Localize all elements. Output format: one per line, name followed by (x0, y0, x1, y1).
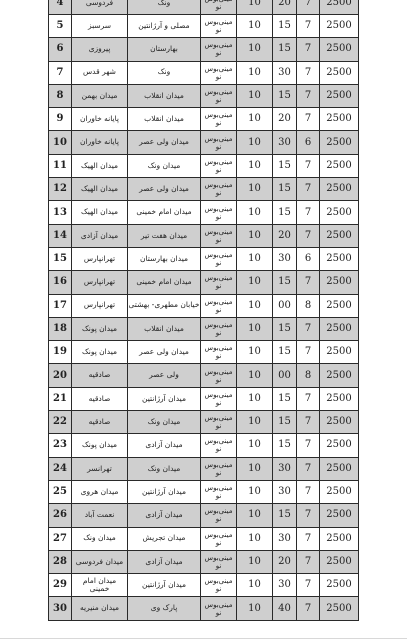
headway-cell: 15 (273, 201, 297, 224)
row-number-cell: 15 (49, 247, 72, 270)
table-row: 28میدان فردوسیمیدان آزادیمینی‌بوس نو1020… (49, 550, 359, 573)
origin-cell: میدان پونک (72, 341, 128, 364)
value-a-cell: 10 (237, 317, 273, 340)
destination-cell: میدان بهارستان (128, 247, 201, 270)
destination-cell: میدان آزادی (128, 550, 201, 573)
vehicle-type-cell: مینی‌بوس نو (201, 294, 237, 317)
origin-cell: میدان الهیک (72, 178, 128, 201)
destination-cell: میدان هفت تیر (128, 224, 201, 247)
row-number-cell: 6 (49, 38, 72, 61)
origin-cell: میدان ونک (72, 527, 128, 550)
value-a-cell: 10 (237, 84, 273, 107)
vehicle-type-cell: مینی‌بوس نو (201, 224, 237, 247)
value-c-cell: 7 (297, 224, 320, 247)
table-row: 5سرسبزمصلی و آرژانتینمینی‌بوس نو10157250… (49, 15, 359, 38)
value-a-cell: 10 (237, 15, 273, 38)
origin-cell: تهرانپارس (72, 247, 128, 270)
headway-cell: 15 (273, 15, 297, 38)
table-row: 8میدان بهمنمیدان انقلابمینی‌بوس نو101572… (49, 84, 359, 107)
fare-cell: 2500 (320, 84, 359, 107)
value-a-cell: 10 (237, 224, 273, 247)
destination-cell: میدان امام خمینی (128, 201, 201, 224)
origin-cell: پایانه خاوران (72, 108, 128, 131)
row-number-cell: 18 (49, 317, 72, 340)
fare-cell: 2500 (320, 224, 359, 247)
origin-cell: پیروزی (72, 38, 128, 61)
headway-cell: 30 (273, 131, 297, 154)
headway-cell: 00 (273, 294, 297, 317)
value-c-cell: 7 (297, 201, 320, 224)
origin-cell: صادقیه (72, 411, 128, 434)
headway-cell: 30 (273, 247, 297, 270)
row-number-cell: 23 (49, 434, 72, 457)
value-a-cell: 10 (237, 294, 273, 317)
value-a-cell: 10 (237, 154, 273, 177)
row-number-cell: 5 (49, 15, 72, 38)
origin-cell: صادقیه (72, 387, 128, 410)
fare-cell: 2500 (320, 411, 359, 434)
row-number-cell: 8 (49, 84, 72, 107)
value-a-cell: 10 (237, 0, 273, 15)
fare-cell: 2500 (320, 480, 359, 503)
table-row: 18میدان پونکمیدان انقلابمینی‌بوس نو10157… (49, 317, 359, 340)
destination-cell: مصلی و آرژانتین (128, 15, 201, 38)
value-c-cell: 7 (297, 457, 320, 480)
origin-cell: صادقیه (72, 364, 128, 387)
destination-cell: میدان ولی عصر (128, 131, 201, 154)
row-number-cell: 21 (49, 387, 72, 410)
value-a-cell: 10 (237, 597, 273, 620)
vehicle-type-cell: مینی‌بوس نو (201, 434, 237, 457)
headway-cell: 30 (273, 480, 297, 503)
fare-cell: 2500 (320, 61, 359, 84)
value-a-cell: 10 (237, 61, 273, 84)
table-row: 12میدان الهیکمیدان ولی عصرمینی‌بوس نو101… (49, 178, 359, 201)
vehicle-type-cell: مینی‌بوس نو (201, 131, 237, 154)
table-row: 22صادقیهمیدان ونکمینی‌بوس نو101572500 (49, 411, 359, 434)
row-number-cell: 14 (49, 224, 72, 247)
value-a-cell: 10 (237, 271, 273, 294)
value-c-cell: 7 (297, 271, 320, 294)
row-number-cell: 26 (49, 504, 72, 527)
headway-cell: 15 (273, 178, 297, 201)
origin-cell: میدان پونک (72, 317, 128, 340)
destination-cell: میدان آزادی (128, 504, 201, 527)
destination-cell: میدان آرژانتین (128, 387, 201, 410)
table-row: 14میدان آزادیمیدان هفت تیرمینی‌بوس نو102… (49, 224, 359, 247)
value-c-cell: 7 (297, 178, 320, 201)
vehicle-type-cell: مینی‌بوس نو (201, 411, 237, 434)
row-number-cell: 11 (49, 154, 72, 177)
table-row: 20صادقیهولی عصرمینی‌بوس نو100082500 (49, 364, 359, 387)
value-a-cell: 10 (237, 247, 273, 270)
table-row: 11میدان الهیکمیدان ونکمینی‌بوس نو1015725… (49, 154, 359, 177)
row-number-cell: 9 (49, 108, 72, 131)
value-c-cell: 7 (297, 15, 320, 38)
value-c-cell: 6 (297, 247, 320, 270)
origin-cell: میدان آزادی (72, 224, 128, 247)
value-c-cell: 8 (297, 364, 320, 387)
fare-cell: 2500 (320, 178, 359, 201)
row-number-cell: 28 (49, 550, 72, 573)
table-row: 27میدان ونکمیدان تجریشمینی‌بوس نو1030725… (49, 527, 359, 550)
table-row: 7شهر قدسونکمینی‌بوس نو103072500 (49, 61, 359, 84)
value-a-cell: 10 (237, 364, 273, 387)
value-c-cell: 7 (297, 527, 320, 550)
origin-cell: میدان الهیک (72, 154, 128, 177)
fare-cell: 2500 (320, 131, 359, 154)
row-number-cell: 17 (49, 294, 72, 317)
value-c-cell: 6 (297, 131, 320, 154)
value-c-cell: 7 (297, 61, 320, 84)
value-c-cell: 7 (297, 550, 320, 573)
origin-cell: سرسبز (72, 15, 128, 38)
value-c-cell: 7 (297, 84, 320, 107)
vehicle-type-cell: مینی‌بوس نو (201, 597, 237, 620)
fare-cell: 2500 (320, 341, 359, 364)
vehicle-type-cell: مینی‌بوس نو (201, 317, 237, 340)
vehicle-type-cell: مینی‌بوس نو (201, 480, 237, 503)
value-c-cell: 7 (297, 317, 320, 340)
value-a-cell: 10 (237, 108, 273, 131)
value-a-cell: 10 (237, 504, 273, 527)
row-number-cell: 4 (49, 0, 72, 15)
headway-cell: 20 (273, 0, 297, 15)
origin-cell: میدان فردوسی (72, 550, 128, 573)
row-number-cell: 22 (49, 411, 72, 434)
value-a-cell: 10 (237, 38, 273, 61)
table-row: 23میدان پونکمیدان آزادیمینی‌بوس نو101572… (49, 434, 359, 457)
headway-cell: 20 (273, 550, 297, 573)
value-a-cell: 10 (237, 550, 273, 573)
destination-cell: میدان آرژانتین (128, 480, 201, 503)
fare-cell: 2500 (320, 0, 359, 15)
destination-cell: میدان انقلاب (128, 108, 201, 131)
value-a-cell: 10 (237, 574, 273, 597)
page-divider (0, 638, 407, 639)
row-number-cell: 25 (49, 480, 72, 503)
fare-cell: 2500 (320, 15, 359, 38)
value-c-cell: 7 (297, 387, 320, 410)
destination-cell: خیابان مطهری- بهشتی (128, 294, 201, 317)
fare-cell: 2500 (320, 504, 359, 527)
table-row: 15تهرانپارسمیدان بهارستانمینی‌بوس نو1030… (49, 247, 359, 270)
fare-cell: 2500 (320, 527, 359, 550)
minibus-routes-table-container: 4فردوسیونکمینی‌بوس نو1020725005سرسبزمصلی… (48, 0, 358, 621)
destination-cell: ونک (128, 61, 201, 84)
row-number-cell: 16 (49, 271, 72, 294)
origin-cell: میدان هروی (72, 480, 128, 503)
destination-cell: میدان ونک (128, 457, 201, 480)
value-c-cell: 7 (297, 154, 320, 177)
headway-cell: 15 (273, 317, 297, 340)
table-row: 29میدان امام خمینیمیدان آرژانتینمینی‌بوس… (49, 574, 359, 597)
headway-cell: 40 (273, 597, 297, 620)
table-row: 13میدان الهیکمیدان امام خمینیمینی‌بوس نو… (49, 201, 359, 224)
destination-cell: میدان تجریش (128, 527, 201, 550)
destination-cell: میدان ولی عصر (128, 178, 201, 201)
vehicle-type-cell: مینی‌بوس نو (201, 364, 237, 387)
vehicle-type-cell: مینی‌بوس نو (201, 0, 237, 15)
origin-cell: میدان امام خمینی (72, 574, 128, 597)
vehicle-type-cell: مینی‌بوس نو (201, 15, 237, 38)
vehicle-type-cell: مینی‌بوس نو (201, 527, 237, 550)
value-c-cell: 7 (297, 38, 320, 61)
value-c-cell: 7 (297, 597, 320, 620)
headway-cell: 15 (273, 341, 297, 364)
origin-cell: تهرانپارس (72, 294, 128, 317)
vehicle-type-cell: مینی‌بوس نو (201, 387, 237, 410)
fare-cell: 2500 (320, 550, 359, 573)
value-a-cell: 10 (237, 457, 273, 480)
row-number-cell: 29 (49, 574, 72, 597)
table-row: 9پایانه خاورانمیدان انقلابمینی‌بوس نو102… (49, 108, 359, 131)
fare-cell: 2500 (320, 597, 359, 620)
fare-cell: 2500 (320, 38, 359, 61)
headway-cell: 30 (273, 457, 297, 480)
vehicle-type-cell: مینی‌بوس نو (201, 61, 237, 84)
row-number-cell: 27 (49, 527, 72, 550)
fare-cell: 2500 (320, 387, 359, 410)
destination-cell: میدان ونک (128, 411, 201, 434)
origin-cell: میدان الهیک (72, 201, 128, 224)
row-number-cell: 19 (49, 341, 72, 364)
fare-cell: 2500 (320, 154, 359, 177)
value-c-cell: 7 (297, 0, 320, 15)
fare-cell: 2500 (320, 108, 359, 131)
origin-cell: میدان بهمن (72, 84, 128, 107)
value-a-cell: 10 (237, 201, 273, 224)
table-row: 19میدان پونکمیدان ولی عصرمینی‌بوس نو1015… (49, 341, 359, 364)
origin-cell: میدان پونک (72, 434, 128, 457)
value-a-cell: 10 (237, 480, 273, 503)
vehicle-type-cell: مینی‌بوس نو (201, 504, 237, 527)
headway-cell: 15 (273, 504, 297, 527)
headway-cell: 15 (273, 434, 297, 457)
minibus-routes-table: 4فردوسیونکمینی‌بوس نو1020725005سرسبزمصلی… (48, 0, 359, 621)
headway-cell: 15 (273, 271, 297, 294)
value-a-cell: 10 (237, 387, 273, 410)
row-number-cell: 24 (49, 457, 72, 480)
row-number-cell: 30 (49, 597, 72, 620)
vehicle-type-cell: مینی‌بوس نو (201, 341, 237, 364)
value-a-cell: 10 (237, 411, 273, 434)
destination-cell: میدان آزادی (128, 434, 201, 457)
value-c-cell: 7 (297, 341, 320, 364)
value-c-cell: 7 (297, 480, 320, 503)
vehicle-type-cell: مینی‌بوس نو (201, 38, 237, 61)
table-row: 25میدان هرویمیدان آرژانتینمینی‌بوس نو103… (49, 480, 359, 503)
row-number-cell: 7 (49, 61, 72, 84)
destination-cell: میدان امام خمینی (128, 271, 201, 294)
headway-cell: 15 (273, 154, 297, 177)
headway-cell: 15 (273, 84, 297, 107)
table-row: 4فردوسیونکمینی‌بوس نو102072500 (49, 0, 359, 15)
row-number-cell: 20 (49, 364, 72, 387)
value-c-cell: 7 (297, 504, 320, 527)
table-row: 17تهرانپارسخیابان مطهری- بهشتیمینی‌بوس ن… (49, 294, 359, 317)
table-row: 10پایانه خاورانمیدان ولی عصرمینی‌بوس نو1… (49, 131, 359, 154)
headway-cell: 15 (273, 387, 297, 410)
value-a-cell: 10 (237, 527, 273, 550)
destination-cell: میدان ونک (128, 154, 201, 177)
fare-cell: 2500 (320, 317, 359, 340)
destination-cell: میدان ولی عصر (128, 341, 201, 364)
origin-cell: میدان منیریه (72, 597, 128, 620)
fare-cell: 2500 (320, 294, 359, 317)
vehicle-type-cell: مینی‌بوس نو (201, 84, 237, 107)
headway-cell: 20 (273, 224, 297, 247)
destination-cell: ولی عصر (128, 364, 201, 387)
value-c-cell: 7 (297, 434, 320, 457)
vehicle-type-cell: مینی‌بوس نو (201, 201, 237, 224)
table-body: 4فردوسیونکمینی‌بوس نو1020725005سرسبزمصلی… (49, 0, 359, 620)
vehicle-type-cell: مینی‌بوس نو (201, 574, 237, 597)
headway-cell: 30 (273, 61, 297, 84)
origin-cell: تهرانسر (72, 457, 128, 480)
vehicle-type-cell: مینی‌بوس نو (201, 178, 237, 201)
fare-cell: 2500 (320, 271, 359, 294)
destination-cell: پارک وی (128, 597, 201, 620)
headway-cell: 30 (273, 527, 297, 550)
origin-cell: پایانه خاوران (72, 131, 128, 154)
table-row: 26نعمت آبادمیدان آزادیمینی‌بوس نو1015725… (49, 504, 359, 527)
destination-cell: میدان انقلاب (128, 317, 201, 340)
vehicle-type-cell: مینی‌بوس نو (201, 271, 237, 294)
headway-cell: 15 (273, 38, 297, 61)
row-number-cell: 10 (49, 131, 72, 154)
table-row: 6پیروزیبهارستانمینی‌بوس نو101572500 (49, 38, 359, 61)
headway-cell: 30 (273, 574, 297, 597)
value-c-cell: 8 (297, 294, 320, 317)
origin-cell: نعمت آباد (72, 504, 128, 527)
destination-cell: ونک (128, 0, 201, 15)
fare-cell: 2500 (320, 201, 359, 224)
headway-cell: 00 (273, 364, 297, 387)
table-row: 21صادقیهمیدان آرژانتینمینی‌بوس نو1015725… (49, 387, 359, 410)
value-a-cell: 10 (237, 434, 273, 457)
destination-cell: میدان آرژانتین (128, 574, 201, 597)
fare-cell: 2500 (320, 434, 359, 457)
vehicle-type-cell: مینی‌بوس نو (201, 154, 237, 177)
fare-cell: 2500 (320, 247, 359, 270)
value-c-cell: 7 (297, 411, 320, 434)
vehicle-type-cell: مینی‌بوس نو (201, 247, 237, 270)
headway-cell: 20 (273, 108, 297, 131)
table-row: 16تهرانپارسمیدان امام خمینیمینی‌بوس نو10… (49, 271, 359, 294)
destination-cell: بهارستان (128, 38, 201, 61)
fare-cell: 2500 (320, 364, 359, 387)
row-number-cell: 12 (49, 178, 72, 201)
origin-cell: فردوسی (72, 0, 128, 15)
headway-cell: 15 (273, 411, 297, 434)
origin-cell: شهر قدس (72, 61, 128, 84)
origin-cell: تهرانپارس (72, 271, 128, 294)
table-row: 24تهرانسرمیدان ونکمینی‌بوس نو103072500 (49, 457, 359, 480)
table-row: 30میدان منیریهپارک ویمینی‌بوس نو10407250… (49, 597, 359, 620)
value-c-cell: 7 (297, 574, 320, 597)
value-c-cell: 7 (297, 108, 320, 131)
fare-cell: 2500 (320, 574, 359, 597)
vehicle-type-cell: مینی‌بوس نو (201, 457, 237, 480)
fare-cell: 2500 (320, 457, 359, 480)
row-number-cell: 13 (49, 201, 72, 224)
value-a-cell: 10 (237, 178, 273, 201)
value-a-cell: 10 (237, 341, 273, 364)
destination-cell: میدان انقلاب (128, 84, 201, 107)
vehicle-type-cell: مینی‌بوس نو (201, 108, 237, 131)
value-a-cell: 10 (237, 131, 273, 154)
vehicle-type-cell: مینی‌بوس نو (201, 550, 237, 573)
